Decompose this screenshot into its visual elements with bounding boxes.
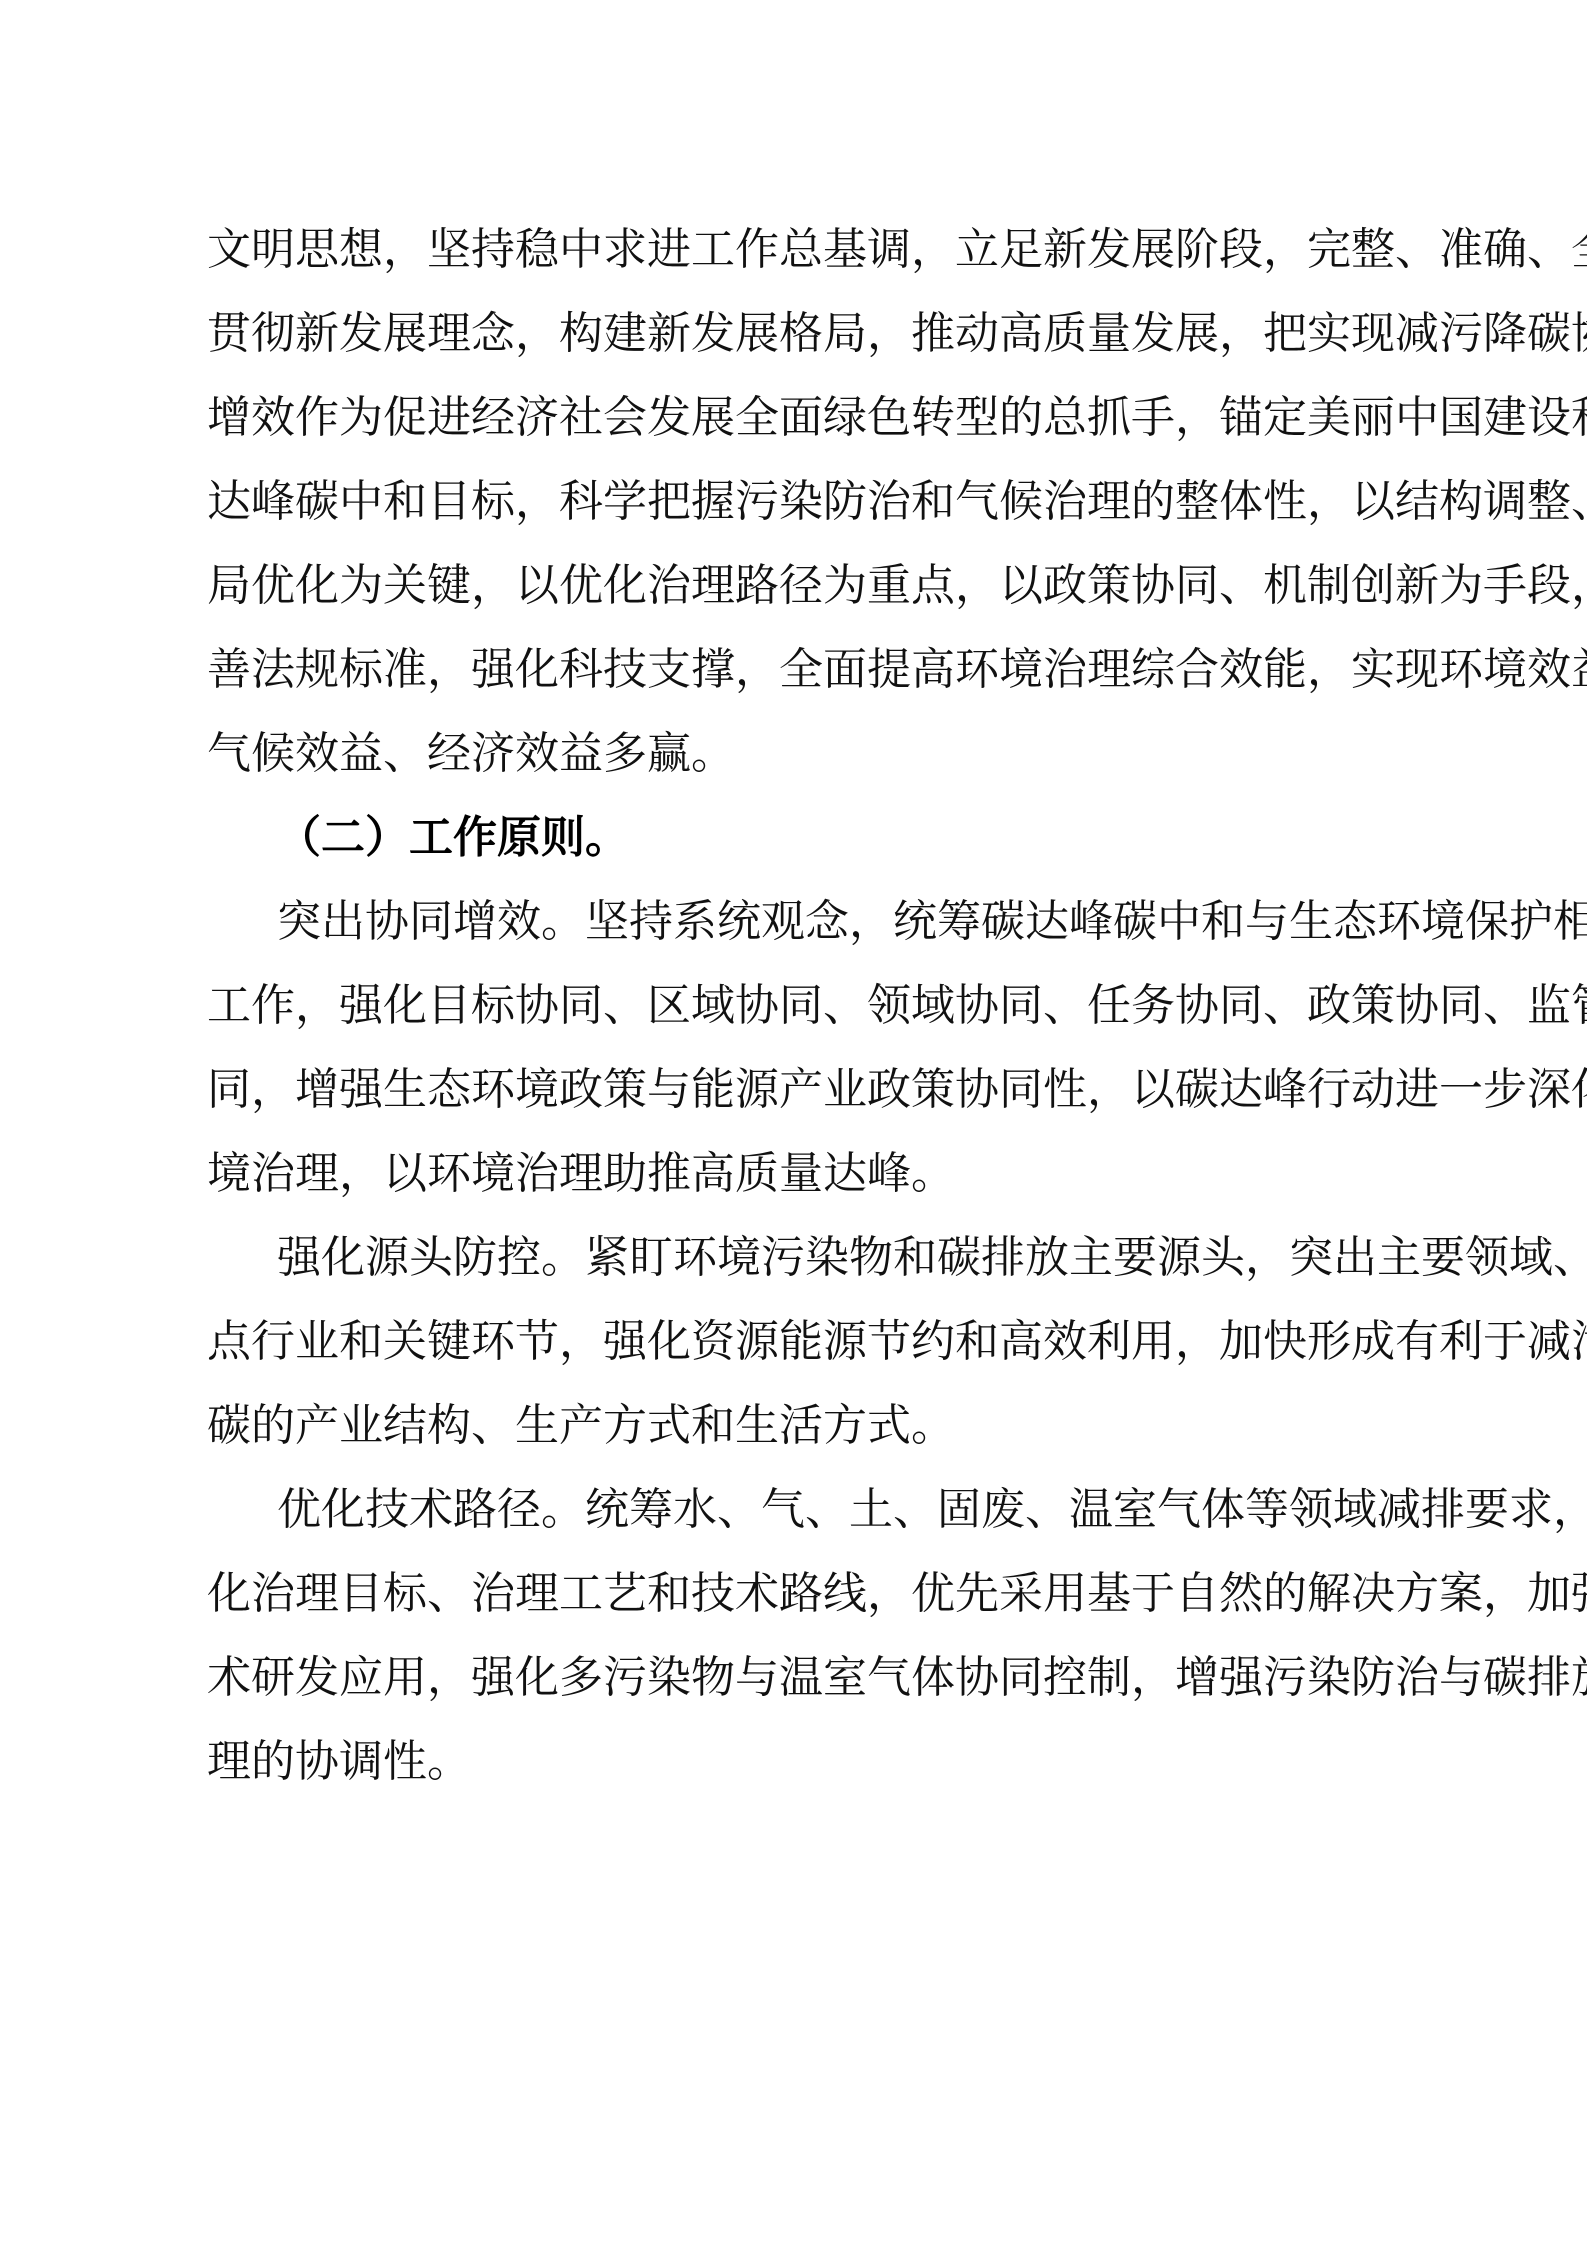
document-page: 文明思想，坚持稳中求进工作总基调，立足新发展阶段，完整、准确、全面 贯彻新发展理… (207, 208, 1383, 1804)
paragraph-synergy: 突出协同增效。坚持系统观念，统筹碳达峰碳中和与生态环境保护相关 工作，强化目标协… (207, 880, 1383, 1216)
text-line: 碳的产业结构、生产方式和生活方式。 (207, 1384, 1383, 1468)
paragraph-source-control: 强化源头防控。紧盯环境污染物和碳排放主要源头，突出主要领域、重 点行业和关键环节… (207, 1216, 1383, 1468)
text-line: 理的协调性。 (207, 1720, 1383, 1804)
text-line: 达峰碳中和目标，科学把握污染防治和气候治理的整体性，以结构调整、布 (207, 460, 1383, 544)
text-line: 优化技术路径。统筹水、气、土、固废、温室气体等领域减排要求，优 (207, 1468, 1383, 1552)
text-line: 善法规标准，强化科技支撑，全面提高环境治理综合效能，实现环境效益、 (207, 628, 1383, 712)
section-heading-work-principles: （二）工作原则。 (207, 796, 1383, 880)
text-line: 术研发应用，强化多污染物与温室气体协同控制，增强污染防治与碳排放治 (207, 1636, 1383, 1720)
paragraph-technical-path: 优化技术路径。统筹水、气、土、固废、温室气体等领域减排要求，优 化治理目标、治理… (207, 1468, 1383, 1804)
text-line: 增效作为促进经济社会发展全面绿色转型的总抓手，锚定美丽中国建设和碳 (207, 376, 1383, 460)
text-line: 突出协同增效。坚持系统观念，统筹碳达峰碳中和与生态环境保护相关 (207, 880, 1383, 964)
text-line: 工作，强化目标协同、区域协同、领域协同、任务协同、政策协同、监管协 (207, 964, 1383, 1048)
text-line: 境治理，以环境治理助推高质量达峰。 (207, 1132, 1383, 1216)
text-line: 文明思想，坚持稳中求进工作总基调，立足新发展阶段，完整、准确、全面 (207, 208, 1383, 292)
text-line: 点行业和关键环节，强化资源能源节约和高效利用，加快形成有利于减污降 (207, 1300, 1383, 1384)
text-line: 强化源头防控。紧盯环境污染物和碳排放主要源头，突出主要领域、重 (207, 1216, 1383, 1300)
text-line: 气候效益、经济效益多赢。 (207, 712, 1383, 796)
text-line: 局优化为关键，以优化治理路径为重点，以政策协同、机制创新为手段，完 (207, 544, 1383, 628)
text-line: 化治理目标、治理工艺和技术路线，优先采用基于自然的解决方案，加强技 (207, 1552, 1383, 1636)
text-line: 贯彻新发展理念，构建新发展格局，推动高质量发展，把实现减污降碳协同 (207, 292, 1383, 376)
paragraph-guiding-ideology-continued: 文明思想，坚持稳中求进工作总基调，立足新发展阶段，完整、准确、全面 贯彻新发展理… (207, 208, 1383, 796)
text-line: 同，增强生态环境政策与能源产业政策协同性，以碳达峰行动进一步深化环 (207, 1048, 1383, 1132)
